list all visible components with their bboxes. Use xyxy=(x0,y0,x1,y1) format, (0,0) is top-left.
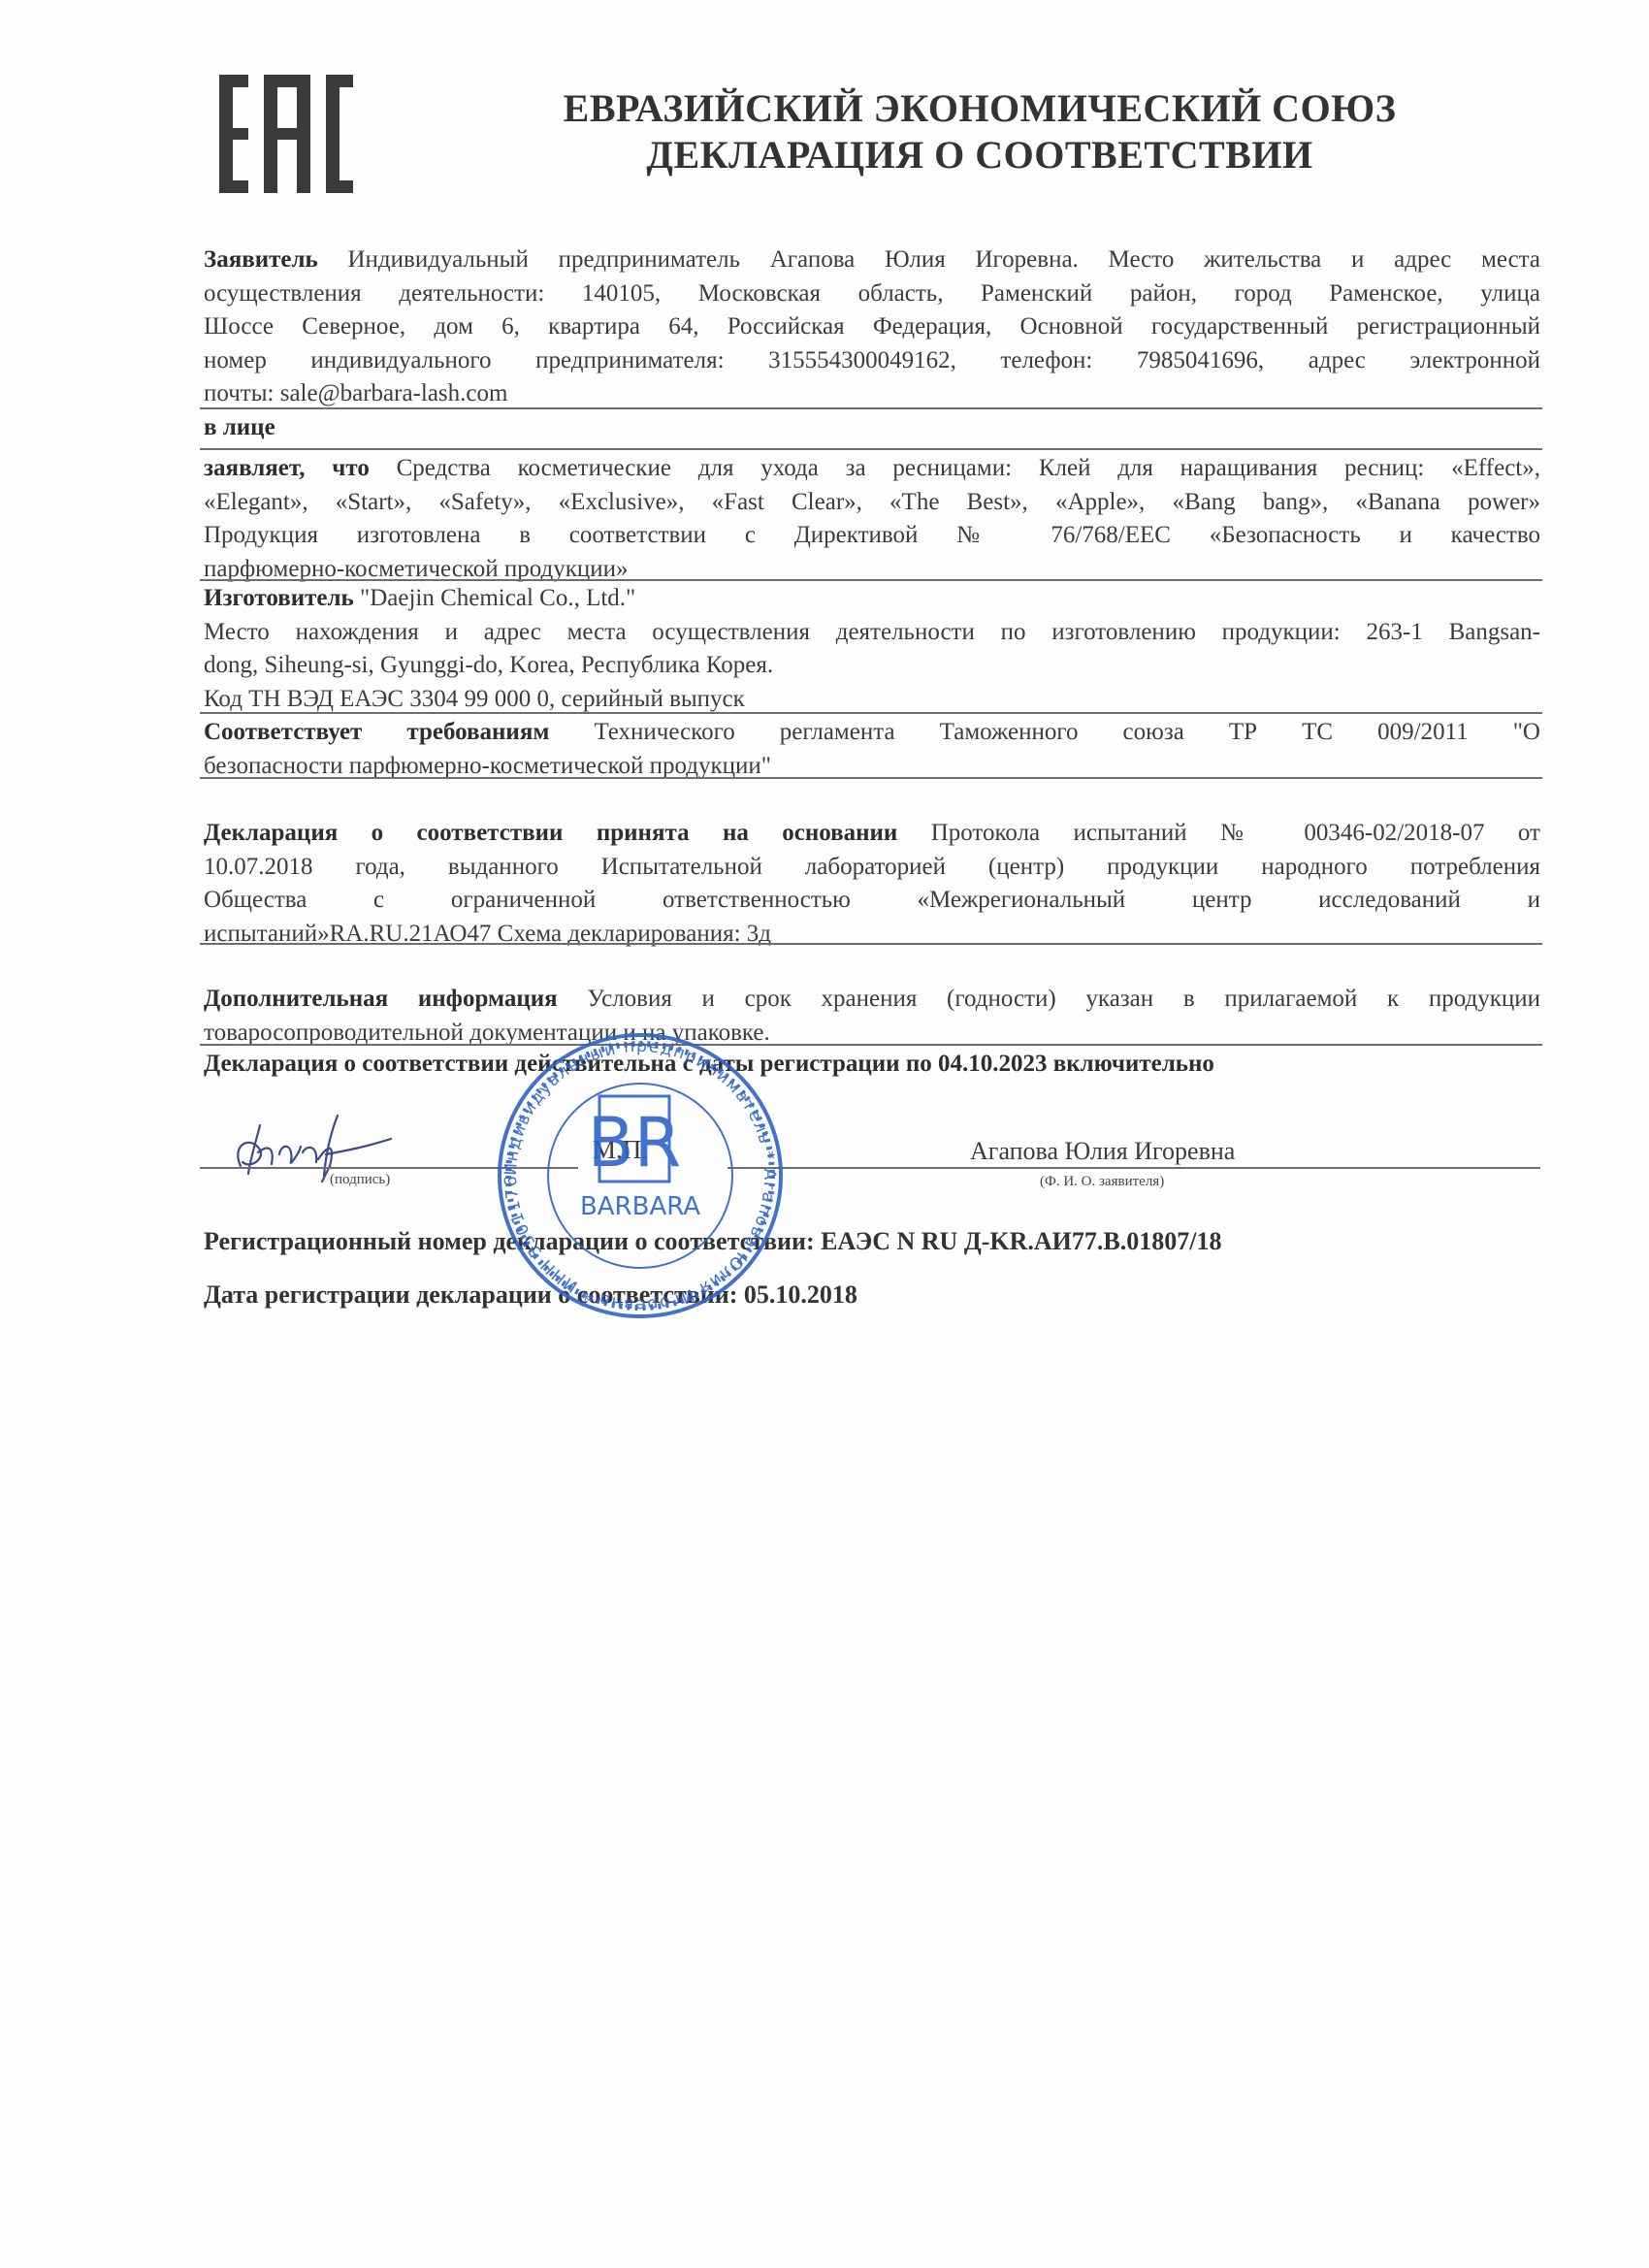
applicant-line-4: номер индивидуального предпринимателя: 3… xyxy=(204,344,1540,378)
basis-line-1: Протокола испытаний № 00346-02/2018-07 о… xyxy=(897,820,1540,846)
divider xyxy=(200,712,1542,714)
stamp-logo: BR xyxy=(588,1103,682,1183)
applicant-line-3: Шоссе Северное, дом 6, квартира 64, Росс… xyxy=(204,310,1540,344)
applicant-label: Заявитель xyxy=(204,246,318,273)
eac-logo-icon xyxy=(219,75,353,193)
page-title-union: ЕВРАЗИЙСКИЙ ЭКОНОМИЧЕСКИЙ СОЮЗ xyxy=(407,85,1552,132)
manufacturer-section: Изготовитель "Daejin Chemical Co., Ltd."… xyxy=(204,582,1540,716)
declares-line-2: «Elegant», «Start», «Safety», «Exclusive… xyxy=(204,486,1540,520)
declares-line-1: Средства косметические для ухода за ресн… xyxy=(370,455,1540,481)
additional-line-1: Условия и срок хранения (годности) указа… xyxy=(558,986,1540,1012)
declaration-page: ЕВРАЗИЙСКИЙ ЭКОНОМИЧЕСКИЙ СОЮЗ ДЕКЛАРАЦИ… xyxy=(0,0,1649,2268)
conforms-line-1: Технического регламента Таможенного союз… xyxy=(549,719,1540,745)
applicant-line-5: почты: sale@barbara-lash.com xyxy=(204,377,1540,411)
applicant-name: Агапова Юлия Игоревна xyxy=(970,1137,1235,1166)
applicant-section: Заявитель Индивидуальный предприниматель… xyxy=(204,243,1540,411)
company-stamp-icon: Индивидуальный предприниматель * Агапова… xyxy=(485,1030,795,1321)
additional-info-section: Дополнительная информация Условия и срок… xyxy=(204,983,1540,1050)
represented-by-section: в лице xyxy=(204,411,1540,445)
basis-section: Декларация о соответствии принята на осн… xyxy=(204,817,1540,951)
applicant-name-caption: (Ф. И. О. заявителя) xyxy=(1040,1174,1164,1190)
manufacturer-label: Изготовитель xyxy=(204,585,354,611)
basis-line-2: 10.07.2018 года, выданного Испытательной… xyxy=(204,851,1540,885)
conforms-label: Соответствует требованиям xyxy=(204,719,549,745)
declares-line-3: Продукция изготовлена в соответствии с Д… xyxy=(204,519,1540,553)
divider xyxy=(200,407,1542,409)
declares-label: заявляет, что xyxy=(204,455,370,481)
validity-section: Декларация о соответствии действительна … xyxy=(204,1048,1540,1082)
divider xyxy=(200,943,1542,945)
declares-section: заявляет, что Средства косметические для… xyxy=(204,452,1540,586)
signature-caption: (подпись) xyxy=(330,1172,390,1188)
basis-line-3: Общества с ограниченной ответственностью… xyxy=(204,884,1540,918)
basis-line-4: испытаний»RA.RU.21АО47 Схема декларирова… xyxy=(204,918,1540,952)
divider xyxy=(200,777,1542,779)
applicant-line-1: Индивидуальный предприниматель Агапова Ю… xyxy=(318,246,1540,273)
additional-info-label: Дополнительная информация xyxy=(204,986,558,1012)
page-title-declaration: ДЕКЛАРАЦИЯ О СООТВЕТСТВИИ xyxy=(407,132,1552,178)
conforms-section: Соответствует требованиям Технического р… xyxy=(204,716,1540,783)
divider xyxy=(200,448,1542,450)
divider xyxy=(200,1044,1542,1046)
manufacturer-name: "Daejin Chemical Co., Ltd." xyxy=(354,585,636,611)
name-line xyxy=(727,1167,1540,1169)
basis-label: Декларация о соответствии принята на осн… xyxy=(204,820,897,846)
manufacturer-line-1: Место нахождения и адрес места осуществл… xyxy=(204,616,1540,650)
applicant-line-2: осуществления деятельности: 140105, Моск… xyxy=(204,277,1540,311)
divider xyxy=(200,579,1542,581)
represented-by-label: в лице xyxy=(204,414,275,440)
stamp-brand: BARBARA xyxy=(580,1192,700,1221)
manufacturer-line-2: dong, Siheung-si, Gyunggi-do, Korea, Рес… xyxy=(204,649,1540,683)
manufacturer-line-3: Код ТН ВЭД ЕАЭС 3304 99 000 0, серийный … xyxy=(204,683,1540,717)
